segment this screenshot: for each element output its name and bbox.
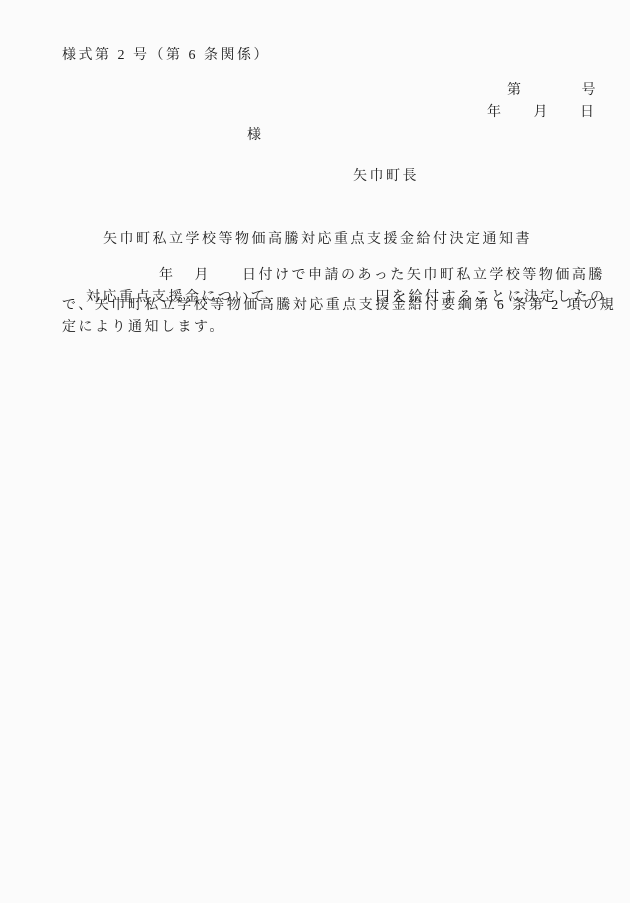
date-line: 年月日 (463, 92, 597, 134)
recipient-honorific: 様 (247, 129, 264, 143)
body-line-3: で、矢巾町私立学校等物価高騰対応重点支援金給付要綱第 6 条第 2 項の規 (62, 299, 616, 313)
document-page: 様式第 2 号（第 6 条関係） 第号 年月日 様 矢巾町長 矢巾町私立学校等物… (0, 0, 630, 903)
document-title: 矢巾町私立学校等物価高騰対応重点支援金給付決定通知書 (103, 233, 532, 247)
form-number: 様式第 2 号（第 6 条関係） (62, 49, 270, 63)
date-month-label: 月 (534, 105, 551, 120)
sender-title: 矢巾町長 (353, 170, 419, 184)
body-line-4: 定により通知します。 (62, 321, 226, 335)
date-day-label: 日 (580, 105, 597, 120)
date-day-blank (550, 115, 580, 116)
date-month-blank (504, 115, 534, 116)
date-year-label: 年 (487, 105, 504, 120)
